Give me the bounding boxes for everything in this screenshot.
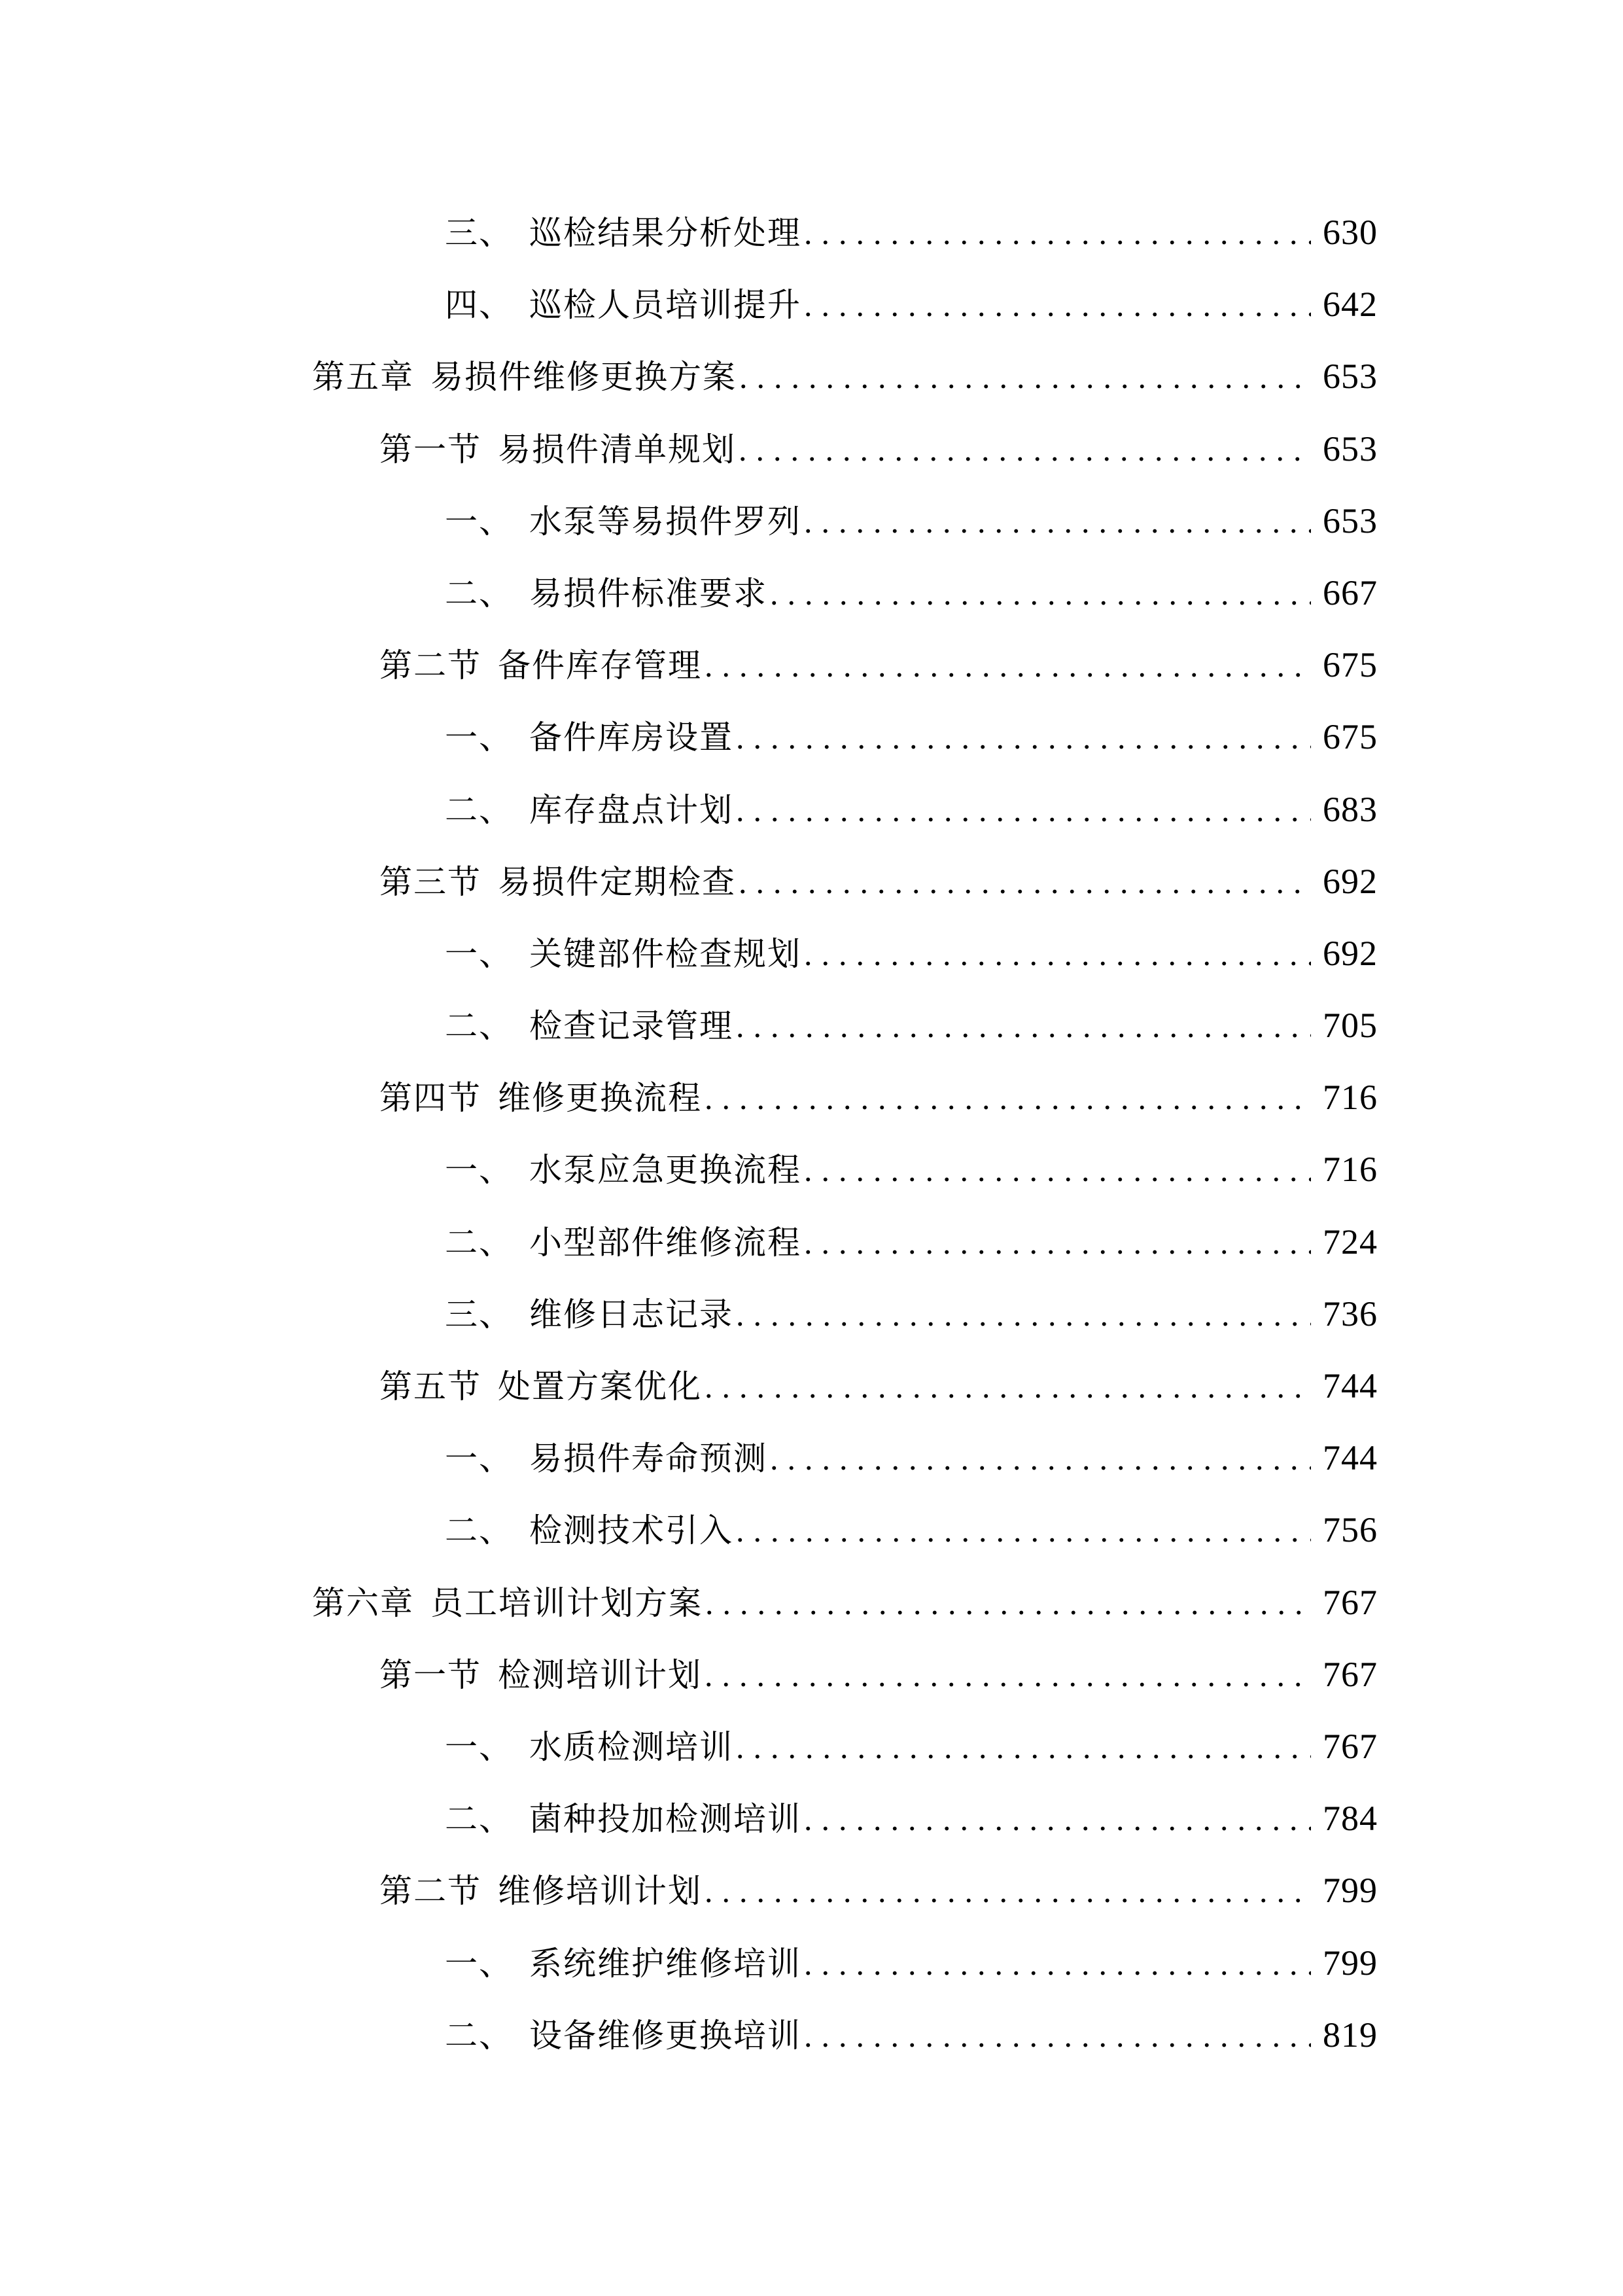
toc-entry-page: 716 bbox=[1323, 1152, 1378, 1187]
toc-entry-title: 小型部件维修流程 bbox=[529, 1226, 801, 1259]
toc-entry: 一、水泵等易损件罗列..............................… bbox=[0, 478, 1623, 550]
toc-entry-page: 767 bbox=[1323, 1585, 1378, 1620]
dot-leader: ........................................… bbox=[736, 1298, 1311, 1331]
toc-entry: 二、检测技术引入................................… bbox=[0, 1487, 1623, 1559]
dot-leader: ........................................… bbox=[770, 1442, 1311, 1475]
toc-entry-page: 799 bbox=[1323, 1873, 1378, 1908]
toc-entry: 四、巡检人员培训提升..............................… bbox=[0, 262, 1623, 334]
toc-entry-number: 二、 bbox=[445, 577, 513, 610]
toc-entry-number: 一、 bbox=[445, 1442, 513, 1475]
toc-entry: 一、水质检测培训................................… bbox=[0, 1704, 1623, 1776]
toc-entry-number: 二、 bbox=[445, 1010, 513, 1042]
toc-entry-title: 检查记录管理 bbox=[529, 1010, 733, 1042]
toc-entry-page: 667 bbox=[1323, 575, 1378, 610]
dot-leader: ........................................… bbox=[804, 1226, 1311, 1259]
toc-entry-number: 第二节 bbox=[379, 1875, 481, 1907]
dot-leader: ........................................… bbox=[705, 1370, 1311, 1403]
toc-entry-number: 二、 bbox=[445, 1803, 513, 1835]
dot-leader: ........................................… bbox=[804, 938, 1311, 970]
toc-entry: 一、水泵应急更换流程..............................… bbox=[0, 1127, 1623, 1199]
toc-entry: 二、易损件标准要求...............................… bbox=[0, 550, 1623, 622]
toc-entry-number: 二、 bbox=[445, 2019, 513, 2052]
toc-entry-title: 检测技术引入 bbox=[529, 1514, 733, 1547]
dot-leader: ........................................… bbox=[804, 505, 1311, 538]
toc-entry-number: 第三节 bbox=[379, 866, 481, 898]
toc-entry-number: 第五节 bbox=[379, 1370, 481, 1403]
dot-leader: ........................................… bbox=[705, 1875, 1311, 1907]
dot-leader: ........................................… bbox=[804, 1154, 1311, 1186]
toc-entry: 第三节易损件定期检查..............................… bbox=[0, 839, 1623, 911]
dot-leader: ........................................… bbox=[804, 1947, 1311, 1980]
toc-entry-number: 一、 bbox=[445, 1154, 513, 1186]
toc-entry-number: 二、 bbox=[445, 1514, 513, 1547]
toc-entry-page: 767 bbox=[1323, 1657, 1378, 1692]
toc-entry-number: 第五章 bbox=[312, 361, 414, 393]
toc-entry-page: 767 bbox=[1323, 1729, 1378, 1764]
toc-entry-title: 水质检测培训 bbox=[529, 1731, 733, 1763]
toc-entry-number: 第一节 bbox=[379, 1659, 481, 1691]
toc-entry-page: 630 bbox=[1323, 215, 1378, 250]
dot-leader: ........................................… bbox=[705, 1659, 1311, 1691]
toc-entry-page: 736 bbox=[1323, 1296, 1378, 1332]
toc-entry-number: 第六章 bbox=[312, 1587, 414, 1619]
toc-entry-page: 784 bbox=[1323, 1801, 1378, 1836]
toc-entry-page: 692 bbox=[1323, 936, 1378, 971]
toc-entry-number: 一、 bbox=[445, 505, 513, 538]
toc-entry: 一、易损件寿命预测...............................… bbox=[0, 1415, 1623, 1487]
toc-entry-title: 维修培训计划 bbox=[498, 1875, 702, 1907]
dot-leader: ........................................… bbox=[736, 1010, 1311, 1042]
toc-entry: 第四节维修更换流程...............................… bbox=[0, 1055, 1623, 1127]
toc-entry: 三、巡检结果分析处理..............................… bbox=[0, 190, 1623, 262]
toc-entry-page: 675 bbox=[1323, 719, 1378, 754]
toc-entry-title: 巡检结果分析处理 bbox=[529, 217, 801, 249]
toc-entry-number: 四、 bbox=[445, 289, 513, 321]
dot-leader: ........................................… bbox=[705, 1587, 1311, 1619]
toc-entry-title: 维修更换流程 bbox=[498, 1082, 702, 1114]
toc-entry-title: 库存盘点计划 bbox=[529, 794, 733, 826]
dot-leader: ........................................… bbox=[705, 1082, 1311, 1114]
toc-entry: 第一节易损件清单规划..............................… bbox=[0, 406, 1623, 478]
toc-entry-title: 处置方案优化 bbox=[498, 1370, 702, 1403]
toc-entry: 一、备件库房设置................................… bbox=[0, 694, 1623, 766]
toc-entry: 第六章员工培训计划方案.............................… bbox=[0, 1560, 1623, 1632]
dot-leader: ........................................… bbox=[705, 649, 1311, 682]
toc-entry: 第一节检测培训计划...............................… bbox=[0, 1632, 1623, 1704]
toc-entry-title: 检测培训计划 bbox=[498, 1659, 702, 1691]
document-page: 三、巡检结果分析处理..............................… bbox=[0, 0, 1623, 2296]
toc-entry-page: 653 bbox=[1323, 359, 1378, 394]
toc-entry-title: 维修日志记录 bbox=[529, 1298, 733, 1331]
dot-leader: ........................................… bbox=[739, 361, 1311, 393]
dot-leader: ........................................… bbox=[736, 794, 1311, 826]
toc-entry: 二、库存盘点计划................................… bbox=[0, 767, 1623, 839]
toc-entry-title: 水泵应急更换流程 bbox=[529, 1154, 801, 1186]
toc-entry: 第五节处置方案优化...............................… bbox=[0, 1343, 1623, 1415]
toc-entry-page: 675 bbox=[1323, 647, 1378, 682]
toc-entry-title: 易损件寿命预测 bbox=[529, 1442, 767, 1475]
toc-entry-page: 716 bbox=[1323, 1080, 1378, 1115]
toc-entry: 三、维修日志记录................................… bbox=[0, 1271, 1623, 1343]
toc-entry-number: 一、 bbox=[445, 721, 513, 754]
dot-leader: ........................................… bbox=[804, 1803, 1311, 1835]
toc-entry-number: 一、 bbox=[445, 938, 513, 970]
toc-entry-number: 第一节 bbox=[379, 433, 481, 466]
toc-entry-title: 员工培训计划方案 bbox=[430, 1587, 703, 1619]
toc-entry-page: 653 bbox=[1323, 503, 1378, 539]
dot-leader: ........................................… bbox=[804, 289, 1311, 321]
toc-entry-title: 菌种投加检测培训 bbox=[529, 1803, 801, 1835]
dot-leader: ........................................… bbox=[736, 721, 1311, 754]
toc-entry-number: 三、 bbox=[445, 217, 513, 249]
toc-entry-page: 799 bbox=[1323, 1945, 1378, 1981]
toc-entry-title: 关键部件检查规划 bbox=[529, 938, 801, 970]
toc-entry-number: 二、 bbox=[445, 1226, 513, 1259]
toc-entry: 二、设备维修更换培训..............................… bbox=[0, 1992, 1623, 2064]
dot-leader: ........................................… bbox=[736, 1731, 1311, 1763]
toc-entry-page: 744 bbox=[1323, 1440, 1378, 1475]
toc-entry: 第二节维修培训计划...............................… bbox=[0, 1848, 1623, 1920]
toc-entry-title: 备件库存管理 bbox=[498, 649, 702, 682]
dot-leader: ........................................… bbox=[804, 217, 1311, 249]
toc-entry-page: 683 bbox=[1323, 792, 1378, 827]
toc-entry-title: 巡检人员培训提升 bbox=[529, 289, 801, 321]
toc-entry-title: 设备维修更换培训 bbox=[529, 2019, 801, 2052]
dot-leader: ........................................… bbox=[770, 577, 1311, 610]
dot-leader: ........................................… bbox=[736, 1514, 1311, 1547]
dot-leader: ........................................… bbox=[804, 2019, 1311, 2052]
toc-entry-page: 724 bbox=[1323, 1224, 1378, 1260]
dot-leader: ........................................… bbox=[739, 433, 1311, 466]
toc-entry-number: 一、 bbox=[445, 1731, 513, 1763]
toc-entry-title: 备件库房设置 bbox=[529, 721, 733, 754]
toc-entry-number: 第二节 bbox=[379, 649, 481, 682]
toc-entry-page: 819 bbox=[1323, 2017, 1378, 2053]
toc-entry-number: 三、 bbox=[445, 1298, 513, 1331]
toc-entry-title: 系统维护维修培训 bbox=[529, 1947, 801, 1980]
toc-entry: 二、菌种投加检测培训..............................… bbox=[0, 1776, 1623, 1848]
toc-entry-title: 易损件标准要求 bbox=[529, 577, 767, 610]
toc-entry-number: 一、 bbox=[445, 1947, 513, 1980]
toc-entry-title: 易损件清单规划 bbox=[498, 433, 736, 466]
toc-entry-page: 705 bbox=[1323, 1008, 1378, 1043]
table-of-contents: 三、巡检结果分析处理..............................… bbox=[0, 190, 1623, 2064]
toc-entry-page: 692 bbox=[1323, 864, 1378, 899]
toc-entry: 二、小型部件维修流程..............................… bbox=[0, 1199, 1623, 1271]
toc-entry: 一、关键部件检查规划..............................… bbox=[0, 911, 1623, 983]
toc-entry-page: 744 bbox=[1323, 1368, 1378, 1404]
toc-entry: 第五章易损件维修更换方案............................… bbox=[0, 334, 1623, 406]
toc-entry-title: 易损件维修更换方案 bbox=[430, 361, 737, 393]
toc-entry: 第二节备件库存管理...............................… bbox=[0, 622, 1623, 694]
toc-entry-number: 第四节 bbox=[379, 1082, 481, 1114]
toc-entry-title: 易损件定期检查 bbox=[498, 866, 736, 898]
toc-entry-page: 642 bbox=[1323, 287, 1378, 322]
toc-entry: 一、系统维护维修培训..............................… bbox=[0, 1920, 1623, 1992]
toc-entry-number: 二、 bbox=[445, 794, 513, 826]
dot-leader: ........................................… bbox=[739, 866, 1311, 898]
toc-entry-title: 水泵等易损件罗列 bbox=[529, 505, 801, 538]
toc-entry-page: 653 bbox=[1323, 431, 1378, 467]
toc-entry: 二、检查记录管理................................… bbox=[0, 983, 1623, 1055]
toc-entry-page: 756 bbox=[1323, 1512, 1378, 1547]
